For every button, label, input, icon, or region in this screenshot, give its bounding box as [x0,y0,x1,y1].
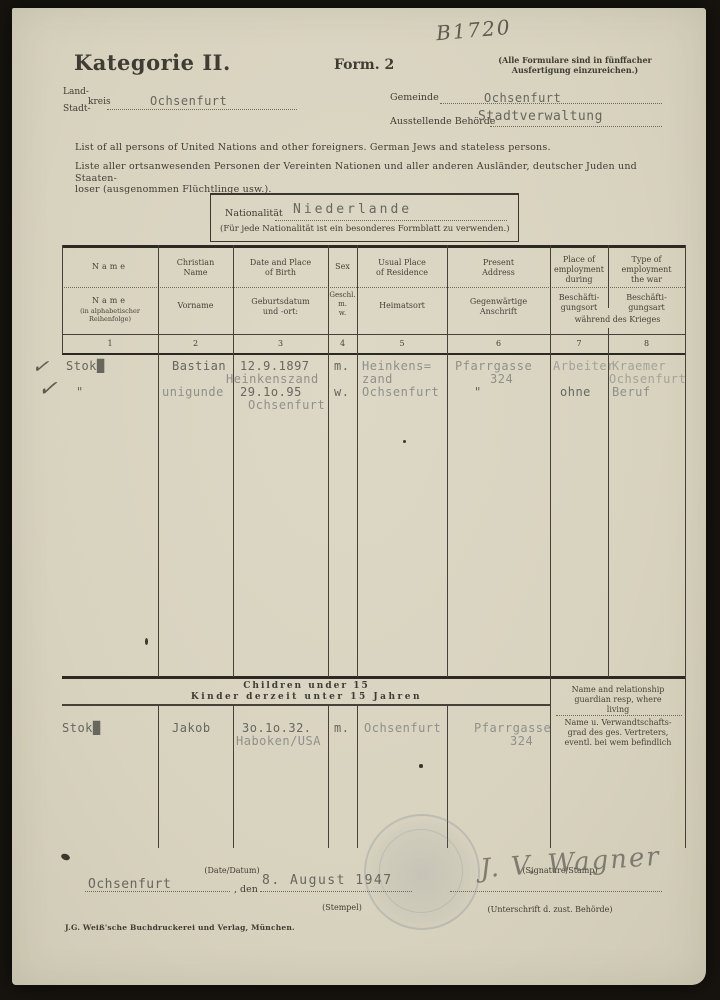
paper-speck [60,853,71,862]
employment-span-en-left: during [550,275,608,285]
behoerde-dotted-line [490,126,662,127]
date-value: 8. August 1947 [262,874,393,887]
guardian-header-de: Name u. Verwandtschafts- grad des ges. V… [552,718,684,748]
nationality-dotted-line [275,220,507,221]
entry1-firstname: Bastian [172,360,226,373]
handwritten-signature: J. V. Wagner [479,842,662,885]
paper-speck [419,764,423,768]
children-band-top-border [62,676,685,679]
form-number: Form. 2 [334,57,394,73]
children-header-de: Kinder derzeit unter 15 Jahren [62,692,551,702]
child-residence: Ochsenfurt [364,722,441,735]
col6-header-en: Present Address [447,258,550,277]
nationality-box: Nationalität Niederlande (Für jede Natio… [210,193,519,242]
entry2-surname-ditto: " [76,386,84,399]
child-address-number: 324 [510,735,533,748]
stempel-label: (Stempel) [292,903,392,912]
entry1-employment-place: Arbeiter [553,360,615,373]
col4-number: 4 [328,339,357,349]
guardian-dotted-separator [556,715,682,716]
col7-number: 7 [550,339,608,349]
col-divider-1b [158,705,159,848]
col1-header-en: Name [62,262,158,272]
entry1-residence: Heinkens= zand [362,360,432,386]
gemeinde-label: Gemeinde [390,92,439,103]
col3-number: 3 [233,339,328,349]
col3-header-en: Date and Place of Birth [233,258,328,277]
date-dotted-line [260,891,412,892]
official-stamp-inner-ring [379,829,463,913]
col-divider-2b [233,705,234,848]
col6-header-de: Gegenwärtige Anschrift [447,297,550,316]
entry2-residence: Ochsenfurt [362,386,439,399]
table-header-dotted-separator [62,287,685,288]
place-value: Ochsenfurt [88,878,171,891]
nationality-value: Niederlande [293,203,412,216]
col2-number: 2 [158,339,233,349]
entry2-employment-place: ohne [560,386,591,399]
col5-header-en: Usual Place of Residence [357,258,447,277]
children-header-en: Children under 15 [62,681,551,691]
col7-header-de: Beschäfti- gungsort [550,293,608,312]
entry2-address-ditto: " [474,386,482,399]
intro-english: List of all persons of United Nations an… [75,142,655,153]
col8-header-en: Type of employment [608,255,685,274]
col2-header-de: Vorname [158,301,233,311]
entry2-birthplace: Ochsenfurt [248,399,325,412]
printer-imprint: J.G. Weiß'sche Buchdruckerei und Verlag,… [65,923,295,932]
table-right-border [685,245,686,848]
nationality-note: (Für jede Nationalität ist ein besondere… [220,224,510,234]
col-divider-4b [357,705,358,848]
col3-header-de: Geburtsdatum und -ort: [233,297,328,316]
child-sex: m. [334,722,349,735]
col7-header-en: Place of employment [550,255,608,274]
intro-german: Liste aller ortsanwesenden Personen der … [75,161,665,196]
scanned-document: B1720 Kategorie II. Form. 2 (Alle Formul… [0,0,720,1000]
den-label: , den [234,884,258,895]
child-birthplace: Haboken/USA [236,735,321,748]
child-firstname: Jakob [172,722,211,735]
official-stamp [364,814,480,930]
col2-header-en: Christian Name [158,258,233,277]
entry1-sex: m. [334,360,349,373]
entry2-sex: w. [334,386,349,399]
checkmark-row2: ✓ [37,375,58,402]
col6-number: 6 [447,339,550,349]
col8-number: 8 [608,339,685,349]
entry2-firstname: unigunde [162,386,224,399]
col4-header-en: Sex [328,262,357,272]
behoerde-value: Stadtverwaltung [478,110,603,123]
kreis-dotted-line [107,109,297,110]
col1-header-de: Name [62,296,158,306]
nationality-label: Nationalität [225,208,283,219]
handwritten-reference-number: B1720 [435,15,512,45]
signature-sub-label: (Unterschrift d. zust. Behörde) [470,905,630,914]
kreis-label: kreis [88,97,111,107]
table-number-row-line [62,334,685,335]
col4-header-de: Geschl. m. w. [328,291,357,318]
entry1-address-number: 324 [490,373,513,386]
stadt-label: Stadt- [63,104,91,114]
page-title: Kategorie II. [74,50,231,75]
children-band-bottom-line [62,704,551,706]
table-top-border [62,245,685,248]
signature-dotted-line [450,891,662,892]
col8-header-de: Beschäfti- gungsart [608,293,685,312]
child-surname: Stok█ [62,722,101,735]
employment-span-de: während des Krieges [550,315,685,325]
entry2-employment-type: Beruf [612,386,651,399]
document-page: B1720 Kategorie II. Form. 2 (Alle Formul… [12,8,706,985]
gemeinde-value: Ochsenfurt [484,92,561,105]
col-divider-3b [328,705,329,848]
guardian-header-en: Name and relationship guardian resp, whe… [552,685,684,715]
col5-header-de: Heimatsort [357,301,447,311]
col1-number: 1 [62,339,158,349]
col1-header-de-sub: (in alphabetischer Reihenfolge) [62,308,158,323]
paper-speck [403,440,406,443]
copies-note: (Alle Formulare sind in fünffacher Ausfe… [490,55,660,75]
employment-span-en-right: the war [608,275,685,285]
entry1-surname: Stok█ [66,360,105,373]
table-header-bottom-border [62,353,685,355]
kreis-value: Ochsenfurt [150,95,227,108]
land-label: Land- [63,87,89,97]
paper-speck [145,638,148,645]
col5-number: 5 [357,339,447,349]
col-divider-6 [550,245,551,848]
